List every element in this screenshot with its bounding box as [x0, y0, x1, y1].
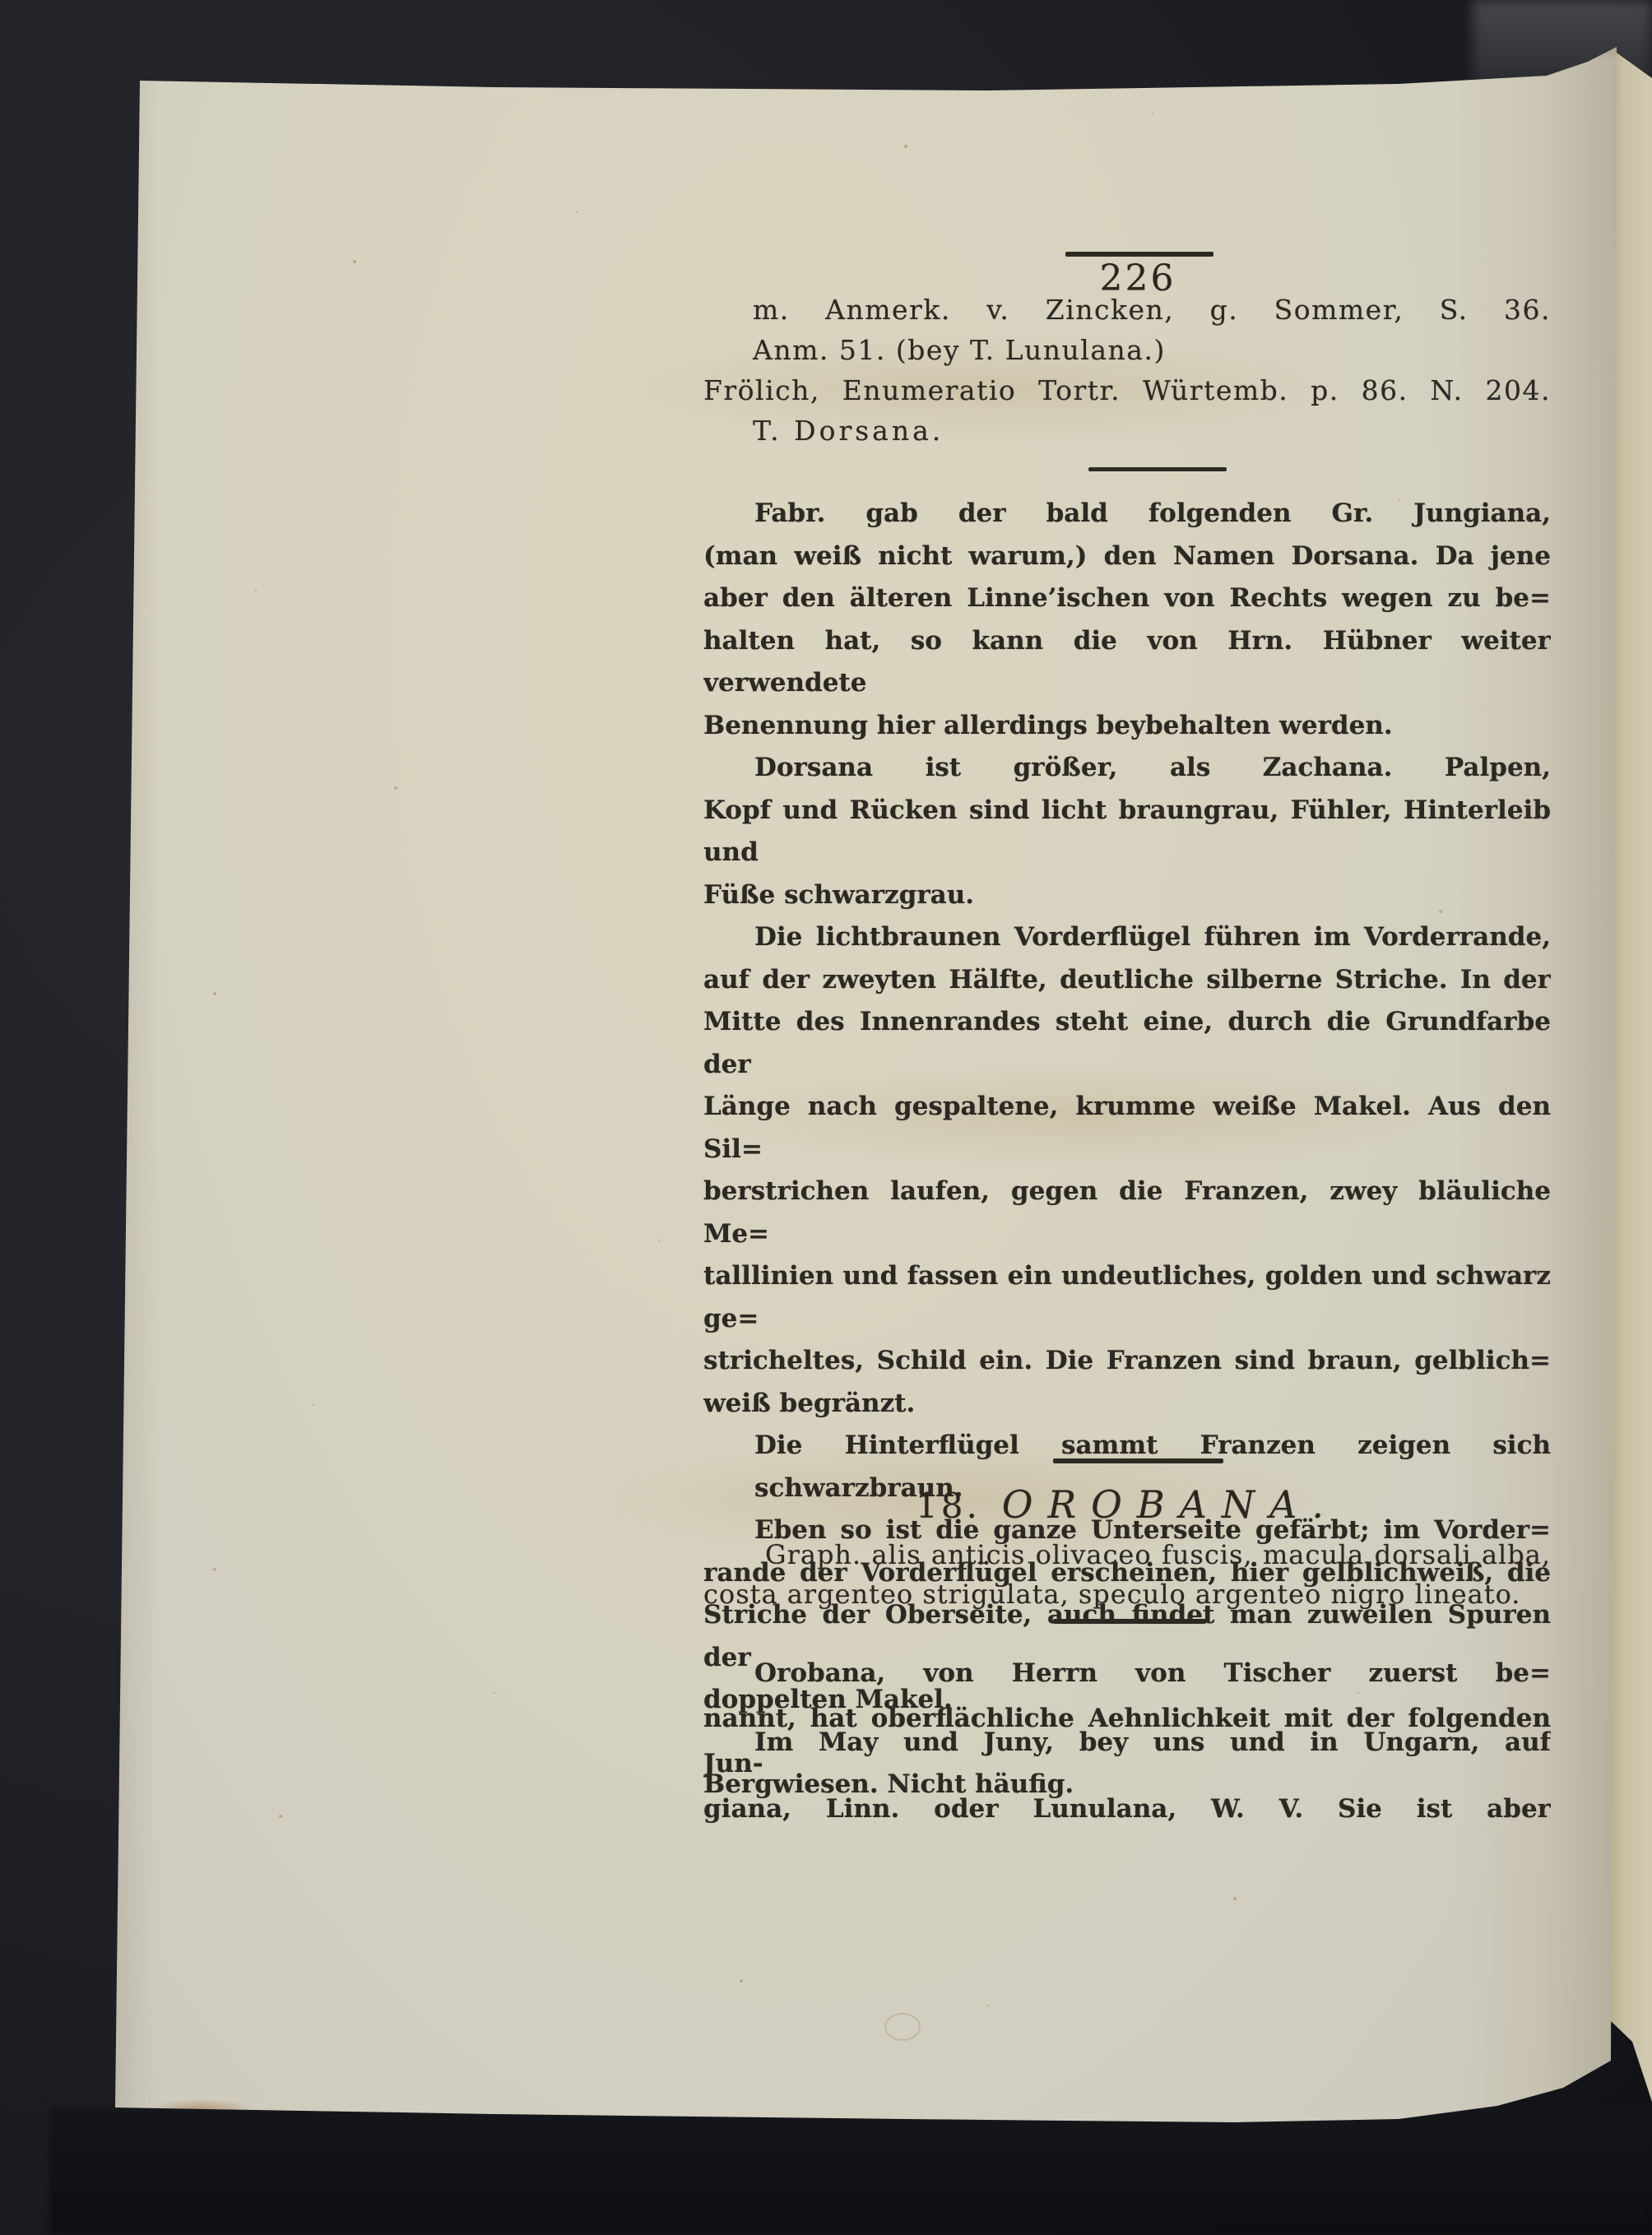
- body-line: stricheltes, Schild ein. Die Franzen sin…: [703, 1340, 1551, 1383]
- body-line: aber den älteren Linne’ischen von Rechts…: [703, 577, 1551, 620]
- closing-line: Orobana, von Herrn von Tischer zuerst be…: [703, 1651, 1551, 1696]
- reference-line: m. Anmerk. v. Zincken, g. Sommer, S. 36.: [703, 290, 1551, 330]
- separator-rule-3: [1053, 1619, 1206, 1624]
- paper-speckles: [115, 47, 117, 49]
- page-number-rule: [1065, 252, 1213, 257]
- diagnosis-block: Graph. alis anticis olivaceo fuscis, mac…: [703, 1535, 1551, 1614]
- body-line: Benennung hier allerdings beybehalten we…: [703, 705, 1551, 748]
- body-line: Kopf und Rücken sind licht braungrau, Fü…: [703, 790, 1551, 874]
- body-line: halten hat, so kann die von Hrn. Hübner …: [703, 620, 1551, 705]
- species-number: 18.: [916, 1486, 981, 1526]
- reference-block: m. Anmerk. v. Zincken, g. Sommer, S. 36.…: [703, 290, 1551, 451]
- diagnosis-line: Graph. alis anticis olivaceo fuscis, mac…: [703, 1535, 1551, 1574]
- body-line: Die lichtbraunen Vorderflügel führen im …: [703, 916, 1551, 959]
- body-line: Dorsana ist größer, als Zachana. Palpen,: [703, 747, 1551, 790]
- photographed-book-spread: { "colors": { "background": "#1f2024", "…: [0, 0, 1652, 2235]
- body-line: Fabr. gab der bald folgenden Gr. Jungian…: [703, 493, 1551, 536]
- separator-rule-1: [1088, 467, 1227, 471]
- reference-line: Anm. 51. (bey T. Lunulana.): [703, 330, 1551, 370]
- reference-line: T. Dorsana.: [703, 410, 1551, 451]
- closing-paragraph: Orobana, von Herrn von Tischer zuerst be…: [703, 1651, 1551, 1832]
- diagnosis-line: costa argenteo strigulata, speculo argen…: [703, 1574, 1551, 1614]
- separator-rule-2: [1053, 1458, 1223, 1463]
- body-line: Länge nach gespaltene, krumme weiße Make…: [703, 1086, 1551, 1171]
- closing-line: nannt, hat oberflächliche Aehnlichkeit m…: [703, 1696, 1551, 1787]
- closing-line: giana, Linn. oder Lunulana, W. V. Sie is…: [703, 1787, 1551, 1832]
- species-heading: 18.OROBANA.: [703, 1482, 1551, 1527]
- body-line: weiß begränzt.: [703, 1383, 1551, 1426]
- species-name: OROBANA.: [1002, 1482, 1339, 1527]
- body-line: berstrichen laufen, gegen die Franzen, z…: [703, 1171, 1551, 1255]
- body-line: Mitte des Innenrandes steht eine, durch …: [703, 1001, 1551, 1086]
- ring-stain: [884, 2013, 921, 2041]
- page-bottom-shadow: [49, 2106, 1652, 2235]
- book-page: 226 m. Anmerk. v. Zincken, g. Sommer, S.…: [115, 47, 1617, 2122]
- reference-line: Frölich, Enumeratio Tortr. Würtemb. p. 8…: [703, 370, 1551, 410]
- body-line: Füße schwarzgrau.: [703, 874, 1551, 917]
- body-line: auf der zweyten Hälfte, deutliche silber…: [703, 959, 1551, 1002]
- body-line: talllinien und fassen ein undeutliches, …: [703, 1255, 1551, 1340]
- body-line: (man weiß nicht warum,) den Namen Dorsan…: [703, 536, 1551, 578]
